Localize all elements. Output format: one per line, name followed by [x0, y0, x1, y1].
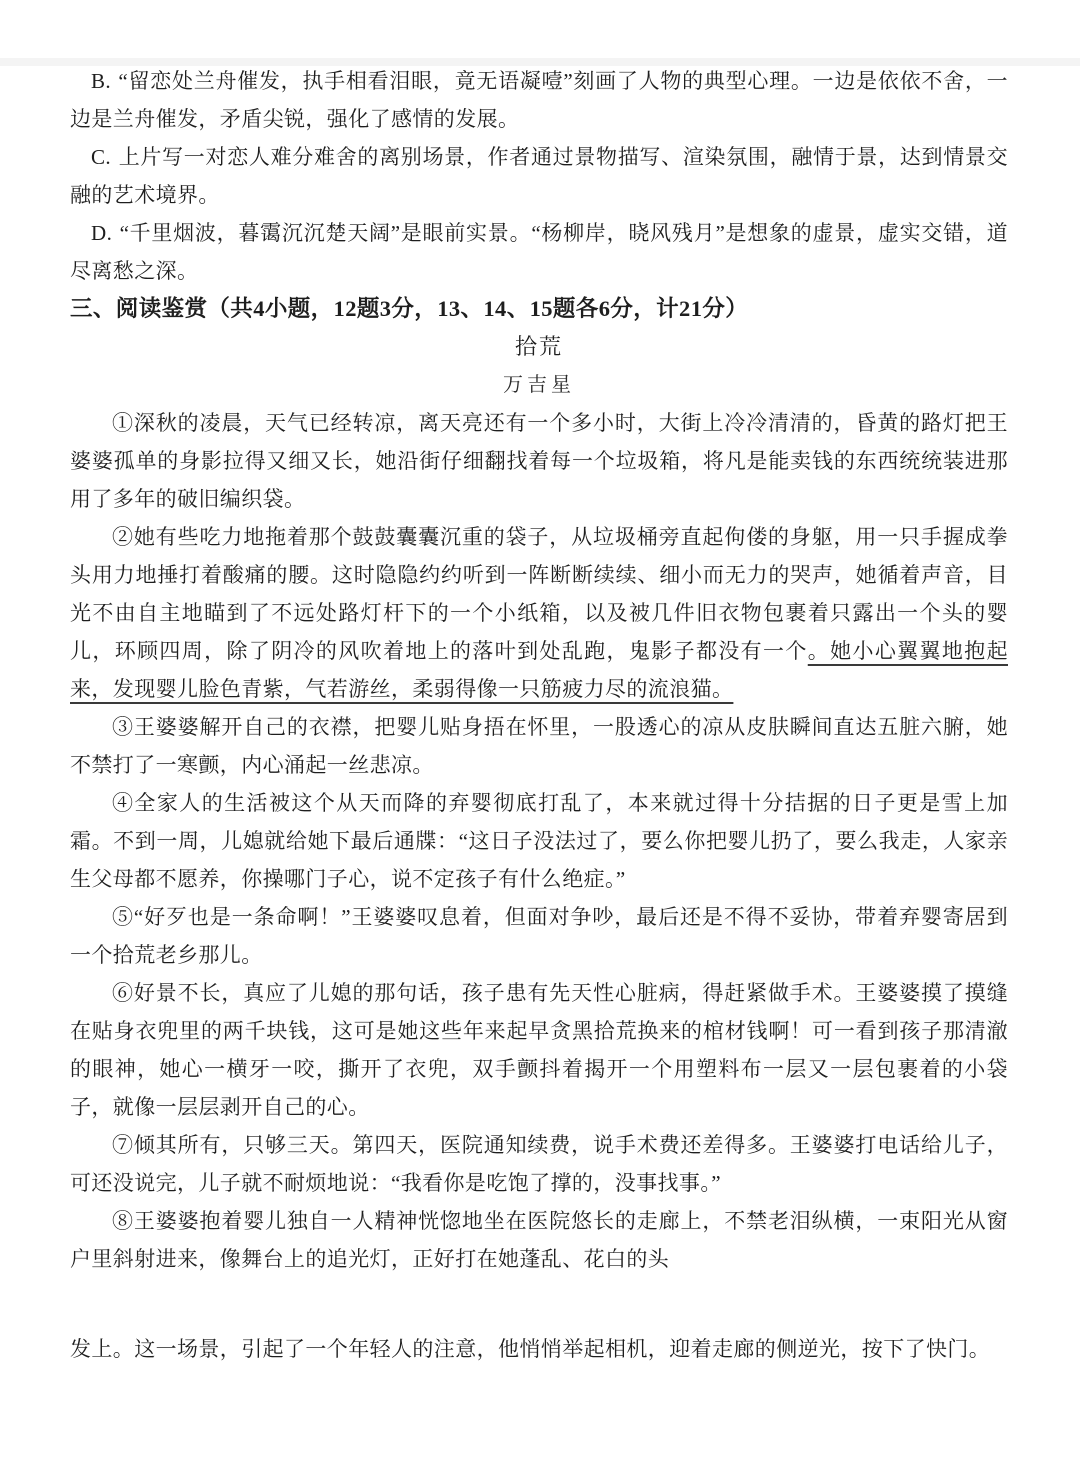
paragraph-4-text: ④全家人的生活被这个从天而降的弃婴彻底打乱了，本来就过得十分拮据的日子更是雪上加…: [70, 791, 1008, 891]
story-paragraph-7: ⑦倾其所有，只够三天。第四天，医院通知续费，说手术费还差得多。王婆婆打电话给儿子…: [70, 1126, 1008, 1202]
option-b-text: “留恋处兰舟催发，执手相看泪眼，竟无语凝噎”刻画了人物的典型心理。一边是依依不舍…: [70, 69, 1008, 131]
story-continuation-line: 发上。这一场景，引起了一个年轻人的注意，他悄悄举起相机，迎着走廊的侧逆光，按下了…: [70, 1330, 1008, 1368]
option-item-d: D.“千里烟波，暮霭沉沉楚天阔”是眼前实景。“杨柳岸，晓风残月”是想象的虚景，虚…: [70, 214, 1008, 290]
section-heading: 三、阅读鉴赏（共4小题，12题3分，13、14、15题各6分，计21分）: [70, 290, 1008, 328]
paragraph-7-text: ⑦倾其所有，只够三天。第四天，医院通知续费，说手术费还差得多。王婆婆打电话给儿子…: [70, 1133, 1008, 1195]
option-d-label: D.: [91, 221, 112, 245]
paragraph-6-text: ⑥好景不长，真应了儿媳的那句话，孩子患有先天性心脏病，得赶紧做手术。王婆婆摸了摸…: [70, 981, 1008, 1119]
paragraph-1-text: ①深秋的凌晨，天气已经转凉，离天亮还有一个多小时，大街上冷冷清清的，昏黄的路灯把…: [70, 411, 1008, 511]
option-item-b: B.“留恋处兰舟催发，执手相看泪眼，竟无语凝噎”刻画了人物的典型心理。一边是依依…: [70, 62, 1008, 138]
option-d-text: “千里烟波，暮霭沉沉楚天阔”是眼前实景。“杨柳岸，晓风残月”是想象的虚景，虚实交…: [70, 221, 1008, 283]
story-paragraph-6: ⑥好景不长，真应了儿媳的那句话，孩子患有先天性心脏病，得赶紧做手术。王婆婆摸了摸…: [70, 974, 1008, 1126]
paragraph-8-text: ⑧王婆婆抱着婴儿独自一人精神恍惚地坐在医院悠长的走廊上，不禁老泪纵横，一束阳光从…: [70, 1209, 1008, 1271]
story-paragraph-2: ②她有些吃力地拖着那个鼓鼓囊囊沉重的袋子，从垃圾桶旁直起佝偻的身躯，用一只手握成…: [70, 518, 1008, 708]
paragraph-5-text: ⑤“好歹也是一条命啊！”王婆婆叹息着，但面对争吵，最后还是不得不妥协，带着弃婴寄…: [70, 905, 1008, 967]
paragraph-3-text: ③王婆婆解开自己的衣襟，把婴儿贴身捂在怀里，一股透心的凉从皮肤瞬间直达五脏六腑，…: [70, 715, 1008, 777]
story-paragraph-1: ①深秋的凌晨，天气已经转凉，离天亮还有一个多小时，大街上冷冷清清的，昏黄的路灯把…: [70, 404, 1008, 518]
story-paragraph-4: ④全家人的生活被这个从天而降的弃婴彻底打乱了，本来就过得十分拮据的日子更是雪上加…: [70, 784, 1008, 898]
story-title: 拾荒: [70, 328, 1008, 366]
story-author: 万吉星: [70, 366, 1008, 404]
story-paragraph-3: ③王婆婆解开自己的衣襟，把婴儿贴身捂在怀里，一股透心的凉从皮肤瞬间直达五脏六腑，…: [70, 708, 1008, 784]
option-c-label: C.: [91, 145, 111, 169]
story-paragraph-8: ⑧王婆婆抱着婴儿独自一人精神恍惚地坐在医院悠长的走廊上，不禁老泪纵横，一束阳光从…: [70, 1202, 1008, 1278]
option-c-text: 上片写一对恋人难分难舍的离别场景，作者通过景物描写、渲染氛围，融情于景，达到情景…: [70, 145, 1008, 207]
option-item-c: C.上片写一对恋人难分难舍的离别场景，作者通过景物描写、渲染氛围，融情于景，达到…: [70, 138, 1008, 214]
option-b-label: B.: [91, 69, 111, 93]
exam-page: B.“留恋处兰舟催发，执手相看泪眼，竟无语凝噎”刻画了人物的典型心理。一边是依依…: [0, 0, 1080, 1473]
story-paragraph-5: ⑤“好歹也是一条命啊！”王婆婆叹息着，但面对争吵，最后还是不得不妥协，带着弃婴寄…: [70, 898, 1008, 974]
